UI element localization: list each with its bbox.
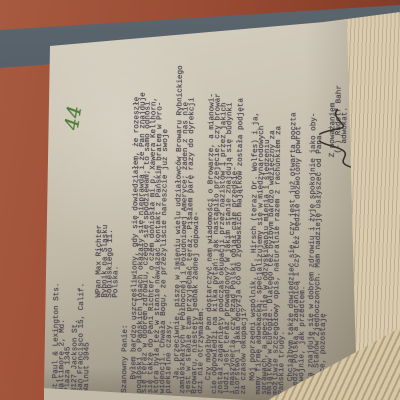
recipient-address: WPan Max Richter Rybnik na Śląsku Sobies… <box>97 57 123 298</box>
paragraph: Ja, przeciwnie, piszę w imieniu wielu ud… <box>175 58 208 394</box>
letter-sheet: St.Paul & Lexington Sts. Baltimore 2, Md… <box>0 0 400 400</box>
paragraph: Mój poprzedni wspólnik, Dr. Hirsch (tera… <box>251 58 290 394</box>
typewritten-letter-text: St.Paul & Lexington Sts. Baltimore 2, Md… <box>54 56 350 396</box>
paragraph: Byłem bardzo uszczęśliwiony, gdy się dow… <box>132 57 177 393</box>
photo-of-archived-letter: St.Paul & Lexington Sts. Baltimore 2, Md… <box>0 0 400 400</box>
paragraph: Czy mógłby Pan dostarczyć nam wiadomości… <box>207 58 252 394</box>
green-folio-number: 44 <box>70 106 79 131</box>
